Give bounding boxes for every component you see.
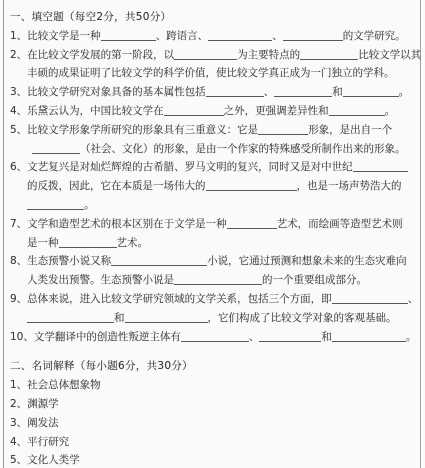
section-1-question-2-line-1: 2、在比较文学发展的第一阶段，以为主要特点的比较文学以其: [10, 46, 416, 65]
question-text: 7、文学和造型艺术的根本区别在于文学是一种: [10, 218, 227, 230]
section-1-question-6-line-2: 的反拨，因此，它在本质是一场伟大的，也是一场声势浩大的: [10, 177, 416, 196]
question-text: 3、阐发法: [10, 417, 59, 429]
exam-paper: 一、填空题（每空2分，共50分）1、比较文学是一种、跨语言、、的文学研究。2、在…: [0, 0, 425, 468]
section-2-question-3-line-1: 3、阐发法: [10, 414, 416, 433]
right-scan-edge-line: [420, 0, 421, 468]
section-1-question-7-line-1: 7、文学和造型艺术的根本区别在于文学是一种艺术，而绘画等造型艺术则: [10, 215, 416, 234]
fill-in-blank: [32, 149, 80, 154]
section-2-heading: 二、名词解释（每小题6分，共30分）: [10, 357, 416, 376]
fill-in-blank: [181, 337, 249, 342]
question-text: 的一个重要组成部分。: [262, 274, 367, 286]
question-text: 和: [321, 331, 332, 343]
section-1-question-9-line-1: 9、总体来说，进入比较文学研究领域的文学关系，包括三个方面，即、: [10, 290, 416, 309]
fill-in-blank: [353, 167, 408, 172]
question-text: 4、平行研究: [10, 436, 69, 448]
section-1-question-4-line-1: 4、乐黛云认为，中国比较文学在之外，更强调差异性和。: [10, 102, 416, 121]
section-1-question-6-line-1: 6、文艺复兴是对灿烂辉煌的古希腊、罗马文明的复兴，同时又是对中世纪: [10, 158, 416, 177]
fill-in-blank: [259, 337, 321, 342]
question-text: 人类发出预警。生态预警小说是: [27, 274, 174, 286]
section-2-question-5-line-1: 5、文化人类学: [10, 451, 416, 468]
fill-in-blank: [332, 337, 406, 342]
question-text: 、: [408, 293, 419, 305]
fill-in-blank: [274, 92, 332, 97]
question-text: 6、文艺复兴是对灿烂辉煌的古希腊、罗马文明的复兴，同时又是对中世纪: [10, 161, 353, 173]
section-2-question-4-line-1: 4、平行研究: [10, 433, 416, 452]
question-text: 4、乐黛云认为，中国比较文学在: [10, 105, 164, 117]
question-text: 、: [264, 86, 275, 98]
section-2-question-2-line-1: 2、渊源学: [10, 395, 416, 414]
fill-in-blank: [258, 130, 308, 135]
fill-in-blank: [174, 280, 262, 285]
question-text: 、: [272, 30, 283, 42]
question-text: 1、社会总体想象物: [10, 379, 101, 391]
fill-in-blank: [206, 186, 297, 191]
question-text: 的反拨，因此，它在本质是一场伟大的: [27, 180, 206, 192]
question-text: 丰硕的成果证明了比较文学的科学价值，使比较文学真正成为一门独立的学科。: [27, 67, 395, 79]
fill-in-blank: [208, 36, 272, 41]
section-1-question-8-line-2: 人类发出预警。生态预警小说是的一个重要组成部分。: [10, 271, 416, 290]
question-text: 为主要特点的: [237, 49, 300, 61]
section-1-question-8-line-1: 8、生态预警小说又称小说，它通过预测和想象未来的生态灾难向: [10, 252, 416, 271]
question-text: 9、总体来说，进入比较文学研究领域的文学关系，包括三个方面，即: [10, 293, 332, 305]
fill-in-blank: [164, 111, 224, 116]
fill-in-blank: [332, 299, 408, 304]
question-text: 是一种: [27, 237, 59, 249]
section-2-question-1-line-1: 1、社会总体想象物: [10, 376, 416, 395]
fill-in-blank: [59, 243, 117, 248]
fill-in-blank: [300, 55, 358, 60]
question-text: ，它们构成了比较文学对象的客观基础。: [208, 312, 397, 324]
question-text: 小说，它通过预测和想象未来的生态灾难向: [207, 255, 407, 267]
question-text: 艺术，而绘画等造型艺术则: [277, 218, 403, 230]
question-text: 之外，更强调差异性和: [224, 105, 329, 117]
exam-content: 一、填空题（每空2分，共50分）1、比较文学是一种、跨语言、、的文学研究。2、在…: [10, 8, 416, 468]
section-1-heading: 一、填空题（每空2分，共50分）: [10, 8, 416, 27]
section-1-question-9-line-2: 和，它们构成了比较文学对象的客观基础。: [10, 309, 416, 328]
question-text: 的文学研究。: [343, 30, 406, 42]
question-text: 10、文学翻译中的创造性叛逆主体有: [10, 331, 181, 343]
question-text: 2、在比较文学发展的第一阶段，以: [10, 49, 174, 61]
left-scan-edge-line: [3, 0, 4, 468]
question-text: 。: [399, 86, 410, 98]
question-text: 。: [385, 105, 396, 117]
fill-in-blank: [283, 36, 343, 41]
question-text: 。: [84, 199, 95, 211]
section-1-question-10-line-1: 10、文学翻译中的创造性叛逆主体有、和。: [10, 328, 416, 347]
question-text: ，也是一场声势浩大的: [297, 180, 402, 192]
section-1-question-3-line-1: 3、比较文学研究对象具备的基本属性包括、和。: [10, 83, 416, 102]
question-text: （社会、文化）的形象，是由一个作家的特殊感受所制作出来的形象。: [80, 143, 406, 155]
question-text: 1、比较文学是一种: [10, 30, 101, 42]
question-text: 艺术。: [117, 237, 149, 249]
question-text: 8、生态预警小说又称: [10, 255, 111, 267]
question-text: 形象，是出自一个: [308, 124, 392, 136]
question-text: 3、比较文学研究对象具备的基本属性包括: [10, 86, 206, 98]
section-1-question-6-line-3: 。: [10, 196, 416, 215]
section-1-question-5-line-2: （社会、文化）的形象，是由一个作家的特殊感受所制作出来的形象。: [10, 140, 416, 159]
section-1-question-1-line-1: 1、比较文学是一种、跨语言、、的文学研究。: [10, 27, 416, 46]
question-text: 2、渊源学: [10, 398, 59, 410]
question-text: 和: [114, 312, 125, 324]
fill-in-blank: [329, 111, 385, 116]
fill-in-blank: [101, 36, 156, 41]
section-1-question-5-line-1: 5、比较文学形象学所研究的形象具有三重意义：它是形象，是出自一个: [10, 121, 416, 140]
fill-in-blank: [174, 55, 237, 60]
section-1-question-2-line-2: 丰硕的成果证明了比较文学的科学价值，使比较文学真正成为一门独立的学科。: [10, 64, 416, 83]
fill-in-blank: [206, 92, 264, 97]
fill-in-blank: [27, 318, 114, 323]
fill-in-blank: [227, 224, 277, 229]
fill-in-blank: [111, 261, 207, 266]
question-text: 。: [406, 331, 417, 343]
section-1-question-7-line-2: 是一种艺术。: [10, 234, 416, 253]
question-text: 比较文学以其: [358, 49, 421, 61]
fill-in-blank: [125, 318, 208, 323]
question-text: 和: [332, 86, 343, 98]
question-text: 、: [249, 331, 260, 343]
question-text: 5、文化人类学: [10, 454, 80, 466]
fill-in-blank: [27, 205, 84, 210]
fill-in-blank: [343, 92, 399, 97]
question-text: 、跨语言、: [156, 30, 209, 42]
question-text: 5、比较文学形象学所研究的形象具有三重意义：它是: [10, 124, 258, 136]
